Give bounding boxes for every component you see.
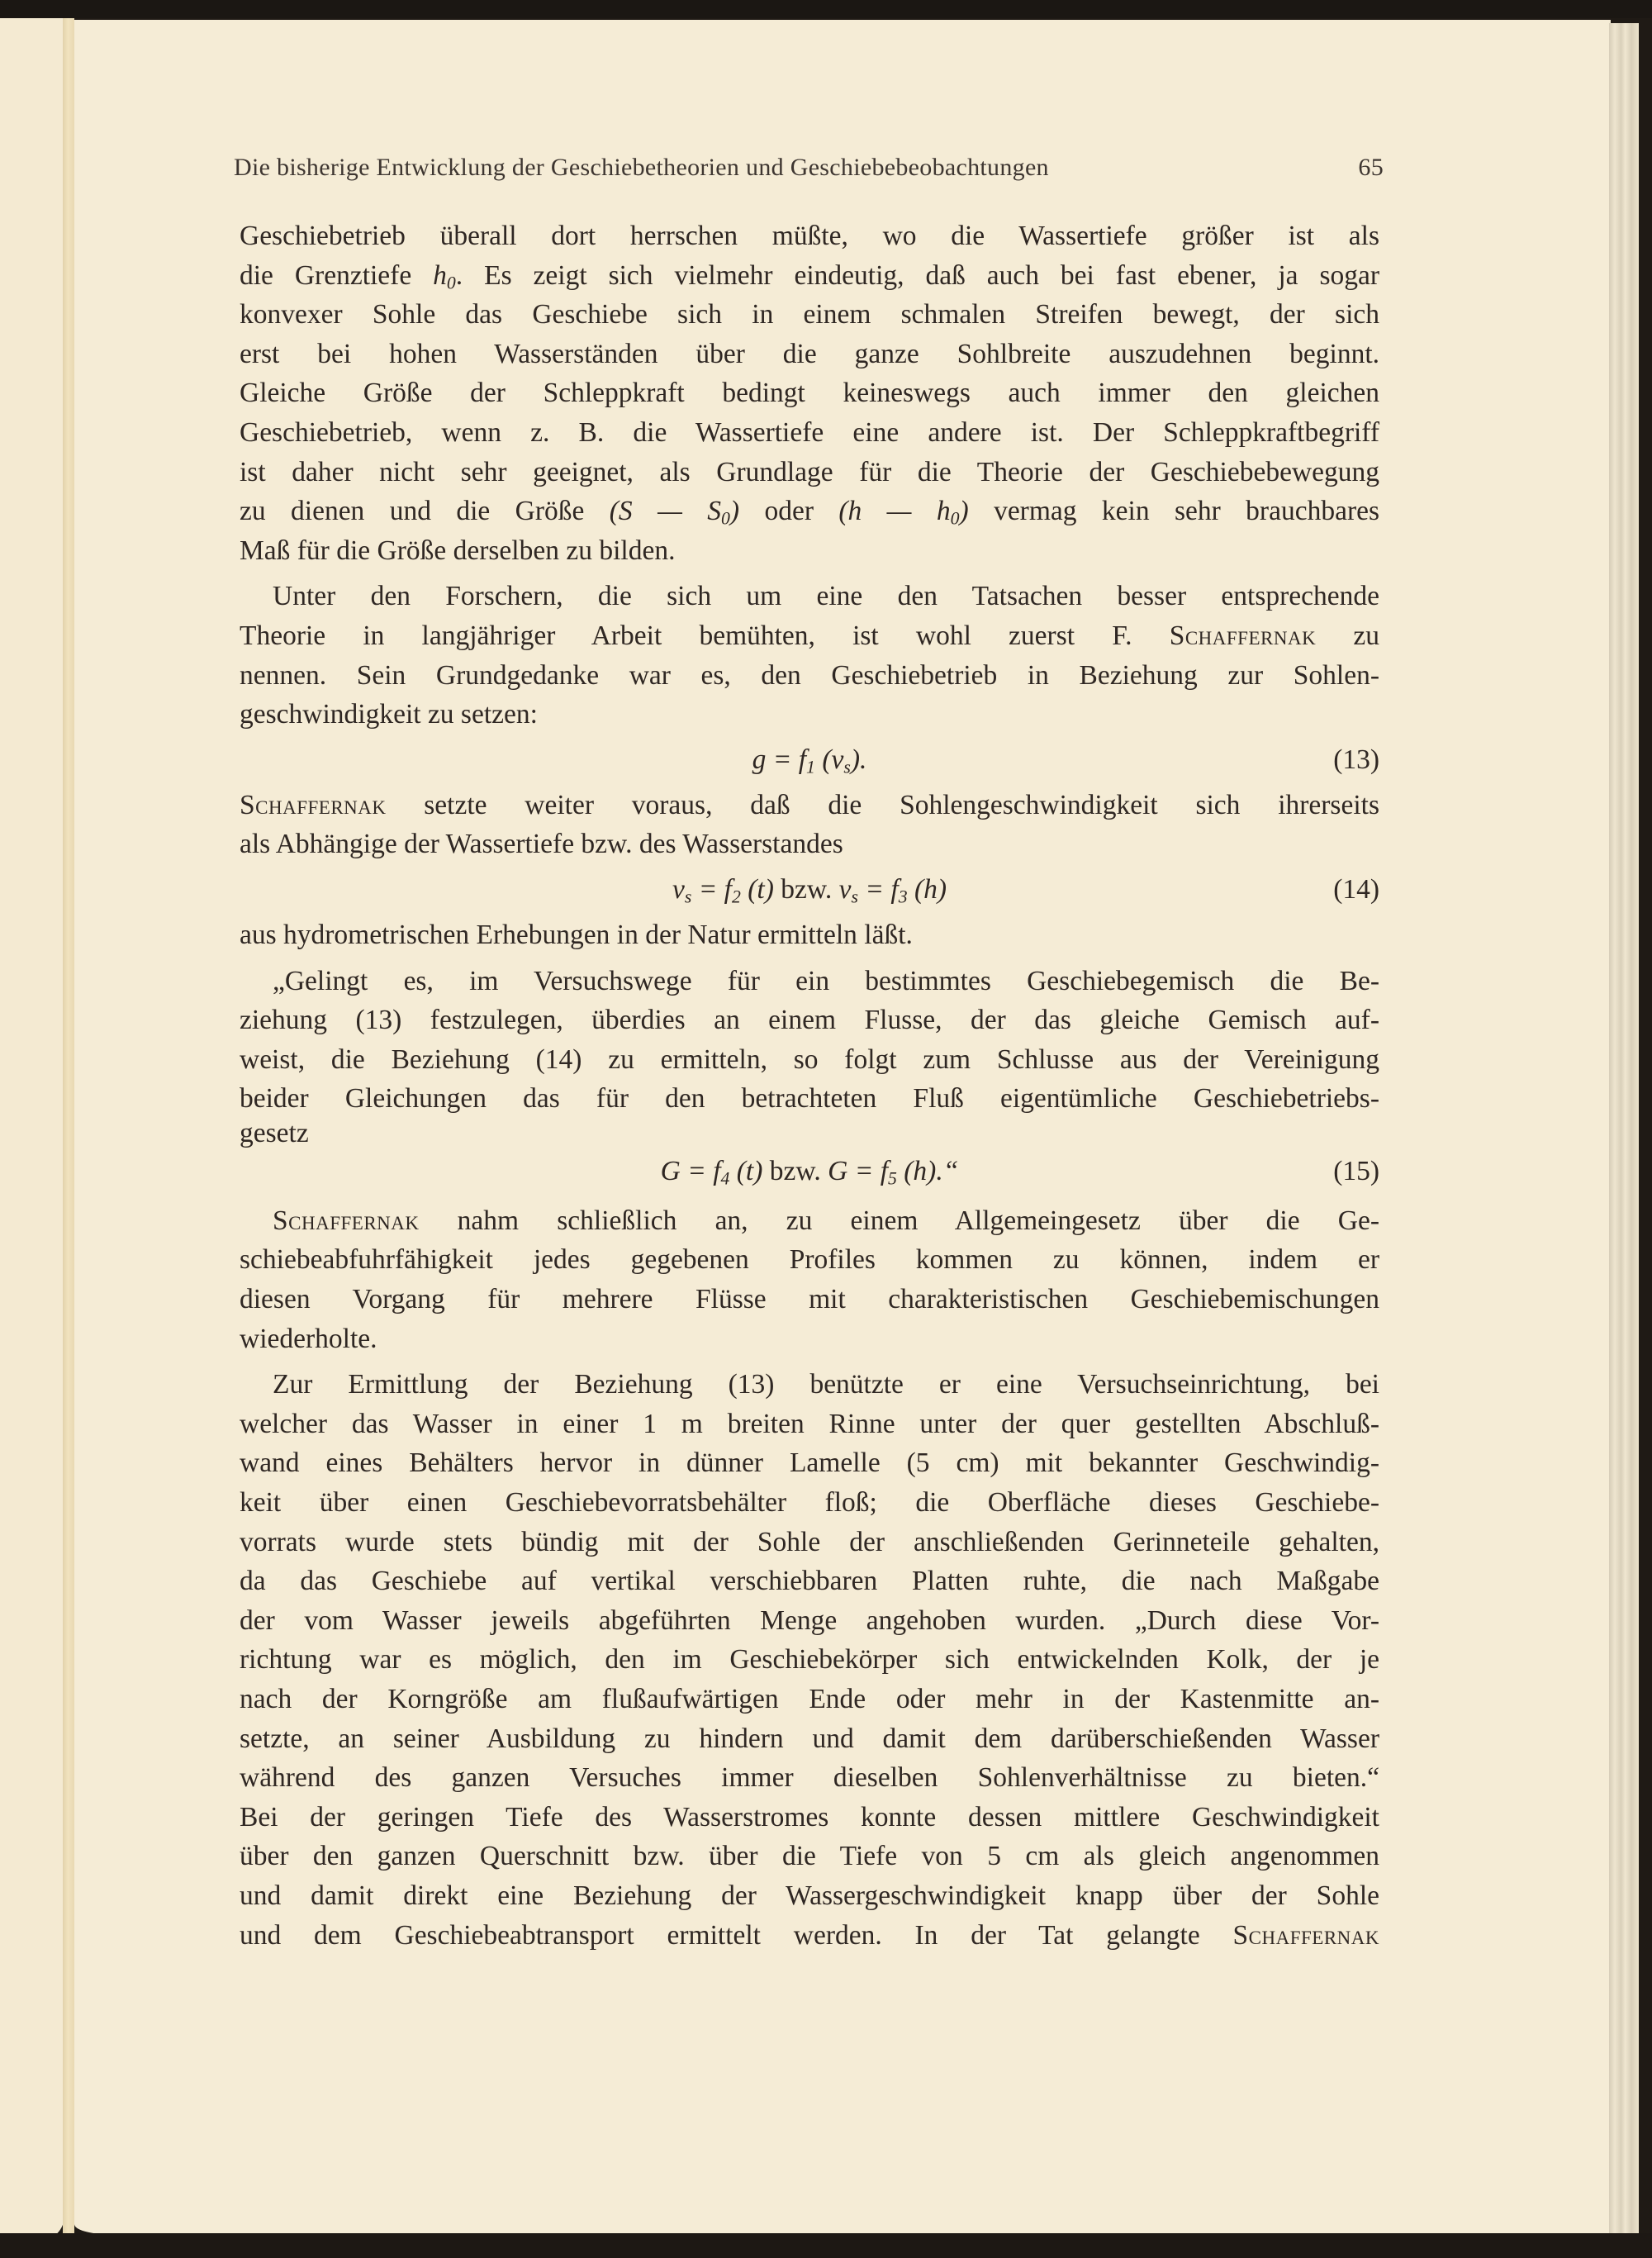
equation-body: g = f1 (vs). (240, 740, 1379, 780)
paragraph-5: „Gelingt es, im Versuchswege für ein bes… (240, 962, 1379, 1148)
equation-15: G = f4 (t) bzw. G = f5 (h).“ (15) (240, 1148, 1379, 1195)
text-line: über den ganzen Querschnitt bzw. über di… (240, 1837, 1379, 1876)
body-text: Geschiebetrieb überall dort herrschen mü… (240, 216, 1379, 1955)
text-line: konvexer Sohle das Geschiebe sich in ein… (240, 295, 1379, 335)
text-line: Geschiebetrieb überall dort herrschen mü… (240, 216, 1379, 256)
text-line: die Grenztiefe h0. Es zeigt sich vielmeh… (240, 256, 1379, 296)
text-line: zu dienen und die Größe (S — S0) oder (h… (240, 492, 1379, 531)
running-header: Die bisherige Entwicklung der Geschiebet… (234, 154, 1384, 182)
paragraph-4: aus hydrometrischen Erhebungen in der Na… (240, 915, 1379, 955)
page-number: 65 (1358, 154, 1384, 182)
equation-body: vs = f2 (t) bzw. vs = f3 (h) (240, 870, 1379, 910)
text-line: da das Geschiebe auf vertikal verschiebb… (240, 1562, 1379, 1601)
text-line: wand eines Behälters hervor in dünner La… (240, 1443, 1379, 1483)
text-line: weist, die Beziehung (14) zu ermitteln, … (240, 1040, 1379, 1080)
author-name: Schaffernak (1233, 1920, 1380, 1951)
text-line: wiederholte. (240, 1319, 1379, 1359)
equation-body: G = f4 (t) bzw. G = f5 (h).“ (240, 1152, 1379, 1191)
author-name: Schaffernak (273, 1205, 420, 1236)
author-name: Schaffernak (240, 790, 387, 820)
text-line: ist daher nicht sehr geeignet, als Grund… (240, 453, 1379, 492)
text-line: beider Gleichungen das für den betrachte… (240, 1079, 1379, 1119)
text-line: geschwindigkeit zu setzen: (240, 695, 1379, 734)
text-line: Unter den Forschern, die sich um eine de… (240, 577, 1379, 616)
text-line: setzte, an seiner Ausbildung zu hindern … (240, 1719, 1379, 1759)
text-line: während des ganzen Versuches immer diese… (240, 1758, 1379, 1798)
text-line: als Abhängige der Wassertiefe bzw. des W… (240, 825, 1379, 864)
text-line: und dem Geschiebeabtransport ermittelt w… (240, 1916, 1379, 1956)
text-line: Gleiche Größe der Schleppkraft bedingt k… (240, 373, 1379, 413)
page-stack-edges (1609, 23, 1639, 2237)
text-line: keit über einen Geschiebevorratsbehälter… (240, 1483, 1379, 1523)
text-line: richtung war es möglich, den im Geschieb… (240, 1640, 1379, 1680)
text-line: aus hydrometrischen Erhebungen in der Na… (240, 915, 1379, 955)
text-line: Maß für die Größe derselben zu bilden. (240, 531, 1379, 571)
equation-number: (13) (1333, 740, 1379, 780)
book-gutter (63, 18, 74, 2241)
text-line: Bei der geringen Tiefe des Wasserstromes… (240, 1798, 1379, 1837)
equation-number: (15) (1333, 1152, 1379, 1191)
scan-background-top (0, 0, 1652, 18)
text-line: gesetz (240, 1119, 1379, 1148)
equation-13: g = f1 (vs). (13) (240, 734, 1379, 786)
math-h-minus-h0: (h — h0) (838, 496, 994, 526)
text-line: Schaffernak nahm schließlich an, zu eine… (240, 1201, 1379, 1241)
scan-background-bottom (0, 2233, 1652, 2258)
text-line: vorrats wurde stets bündig mit der Sohle… (240, 1523, 1379, 1562)
text-line: erst bei hohen Wasserständen über die ga… (240, 335, 1379, 374)
math-s-minus-s0: (S — S0) (610, 496, 739, 526)
text-line: Schaffernak setzte weiter voraus, daß di… (240, 786, 1379, 825)
text-line: Theorie in langjähriger Arbeit bemühten,… (240, 616, 1379, 656)
text-line: nennen. Sein Grundgedanke war es, den Ge… (240, 656, 1379, 696)
paragraph-1: Geschiebetrieb überall dort herrschen mü… (240, 216, 1379, 570)
author-name: Schaffernak (1170, 620, 1317, 651)
text-line: Geschiebetrieb, wenn z. B. die Wassertie… (240, 413, 1379, 453)
text-line: ziehung (13) festzulegen, überdies an ei… (240, 1001, 1379, 1040)
running-title: Die bisherige Entwicklung der Geschiebet… (234, 154, 1049, 182)
text-line: der vom Wasser jeweils abgeführten Menge… (240, 1601, 1379, 1641)
paragraph-3: Schaffernak setzte weiter voraus, daß di… (240, 786, 1379, 864)
text-line: schiebeabfuhrfähigkeit jedes gegebenen P… (240, 1240, 1379, 1280)
text-line: und damit direkt eine Beziehung der Wass… (240, 1876, 1379, 1916)
text-line: Zur Ermittlung der Beziehung (13) benütz… (240, 1365, 1379, 1405)
previous-page-edge (0, 18, 64, 2241)
equation-14: vs = f2 (t) bzw. vs = f3 (h) (14) (240, 864, 1379, 915)
math-h0: h0 (433, 260, 456, 291)
paragraph-6: Schaffernak nahm schließlich an, zu eine… (240, 1201, 1379, 1358)
paragraph-2: Unter den Forschern, die sich um eine de… (240, 577, 1379, 734)
paragraph-7: Zur Ermittlung der Beziehung (13) benütz… (240, 1365, 1379, 1955)
text-line: diesen Vorgang für mehrere Flüsse mit ch… (240, 1280, 1379, 1319)
text-line: „Gelingt es, im Versuchswege für ein bes… (240, 962, 1379, 1001)
equation-number: (14) (1333, 870, 1379, 910)
text-line: nach der Korngröße am flußaufwärtigen En… (240, 1680, 1379, 1719)
text-line: welcher das Wasser in einer 1 m breiten … (240, 1405, 1379, 1444)
